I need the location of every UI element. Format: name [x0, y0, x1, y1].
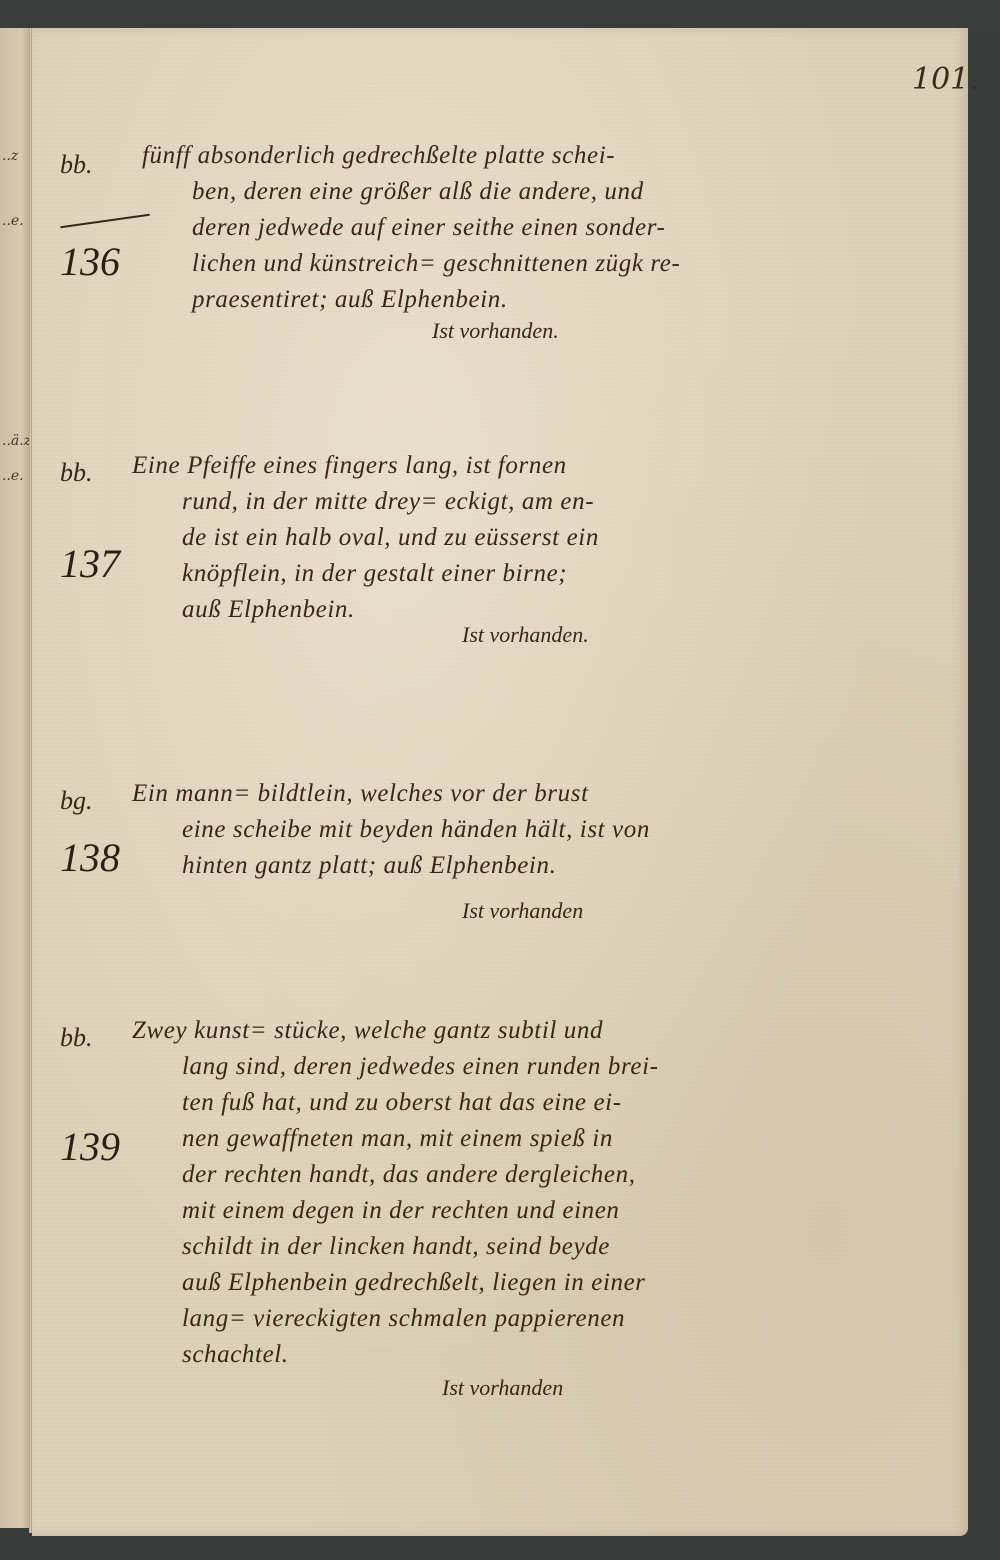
text-line: lichen und künstreich= geschnittenen züg… [142, 246, 942, 282]
text-line: der rechten handt, das andere dergleiche… [132, 1157, 932, 1193]
adjacent-text-fragment: ..e. [2, 213, 24, 229]
text-line: Eine Pfeiffe eines fingers lang, ist for… [132, 448, 932, 484]
adjacent-text-fragment: ..z [2, 148, 18, 164]
entry-number: 137 [60, 540, 120, 587]
entry-text: fünff absonderlich gedrechßelte platte s… [142, 138, 942, 318]
status-note: Ist vorhanden. [462, 622, 589, 648]
text-line: hinten gantz platt; auß Elphenbein. [132, 848, 932, 884]
scan-background-top [0, 0, 1000, 30]
text-line: mit einem degen in der rechten und einen [132, 1193, 932, 1229]
entry-mark: bb. [60, 1023, 93, 1053]
adjacent-page-edge: ..z ..e. ..ä.z ..e. [0, 28, 30, 1528]
entry-number: 136 [60, 238, 120, 285]
text-line: schildt in der lincken handt, seind beyd… [132, 1229, 932, 1265]
entry-number: 138 [60, 834, 120, 881]
text-line: Ein mann= bildtlein, welches vor der bru… [132, 776, 932, 812]
entry-text: Eine Pfeiffe eines fingers lang, ist for… [132, 448, 932, 628]
folio-number: 101. [912, 62, 979, 97]
entry-mark: bg. [60, 786, 93, 816]
text-line: fünff absonderlich gedrechßelte platte s… [142, 138, 942, 174]
status-note: Ist vorhanden [462, 898, 583, 924]
text-line: praesentiret; auß Elphenbein. [142, 282, 942, 318]
entry-text: Zwey kunst= stücke, welche gantz subtil … [132, 1013, 932, 1373]
text-line: ten fuß hat, und zu oberst hat das eine … [132, 1085, 932, 1121]
text-line: nen gewaffneten man, mit einem spieß in [132, 1121, 932, 1157]
status-note: Ist vorhanden. [432, 318, 559, 344]
text-line: lang= viereckigten schmalen pappierenen [132, 1301, 932, 1337]
adjacent-text-fragment: ..ä.z [2, 433, 31, 449]
text-line: deren jedwede auf einer seithe einen son… [142, 210, 942, 246]
entry-text: Ein mann= bildtlein, welches vor der bru… [132, 776, 932, 884]
status-note: Ist vorhanden [442, 1375, 563, 1401]
entry-number: 139 [60, 1123, 120, 1170]
margin-strike-mark [60, 214, 149, 229]
entry-mark: bb. [60, 150, 93, 180]
adjacent-text-fragment: ..e. [2, 468, 24, 484]
entry-mark: bb. [60, 458, 93, 488]
text-line: eine scheibe mit beyden händen hält, ist… [132, 812, 932, 848]
text-line: knöpflein, in der gestalt einer birne; [132, 556, 932, 592]
text-line: lang sind, deren jedwedes einen runden b… [132, 1049, 932, 1085]
text-line: de ist ein halb oval, und zu eüsserst ei… [132, 520, 932, 556]
text-line: Zwey kunst= stücke, welche gantz subtil … [132, 1013, 932, 1049]
manuscript-page: 101. bb. 136 fünff absonderlich gedrechß… [32, 28, 968, 1536]
text-line: auß Elphenbein gedrechßelt, liegen in ei… [132, 1265, 932, 1301]
text-line: schachtel. [132, 1337, 932, 1373]
text-line: rund, in der mitte drey= eckigt, am en- [132, 484, 932, 520]
text-line: ben, deren eine größer alß die andere, u… [142, 174, 942, 210]
